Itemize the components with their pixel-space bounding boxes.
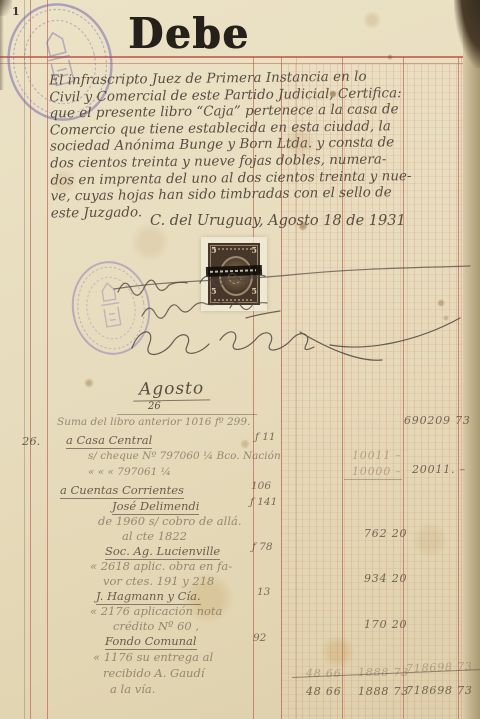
- signature-icon: [132, 318, 460, 360]
- row-amount: 762 20: [364, 527, 407, 540]
- heading-rule: [117, 414, 257, 415]
- signature-icon: [118, 274, 265, 296]
- row-text: Suma del libro anterior 1016 fº 299.: [57, 416, 250, 428]
- row-text: al cte 1822: [122, 529, 187, 543]
- row-text: « 2176 aplicación nota: [90, 604, 222, 618]
- signature-icon: [142, 302, 280, 318]
- row-text: a Casa Central: [66, 433, 152, 449]
- row-folio: 106: [251, 480, 271, 492]
- day-mark: 26: [148, 401, 161, 412]
- row-text: J. Hagmann y Cía.: [96, 589, 201, 605]
- row-folio: ƒ 78: [252, 541, 273, 553]
- row-text: « 2618 aplic. obra en fa-: [90, 559, 232, 573]
- row-day: 26.: [22, 434, 40, 448]
- row-amount: 934 20: [364, 572, 407, 585]
- row-amount: 20011. –: [412, 463, 466, 476]
- row-folio: ƒ 11: [255, 431, 276, 443]
- row-text: s/ cheque Nº 797060 ¼ Bco. Nación: [88, 450, 281, 462]
- row-folio: 13: [257, 586, 270, 598]
- row-folio: 92: [253, 632, 266, 644]
- signatures-layer: [0, 0, 480, 719]
- row-text: a la vía.: [110, 682, 155, 696]
- signature-strike-icon: [114, 266, 470, 289]
- row-amount: 10000 –: [352, 465, 402, 478]
- row-amount: 1888 73: [358, 685, 409, 698]
- row-amount: 690209 73: [404, 414, 471, 427]
- row-text: a Cuentas Corrientes: [60, 483, 184, 499]
- row-text: vor ctes. 191 y 218: [103, 574, 214, 588]
- row-amount: 48 66: [306, 685, 342, 698]
- row-text: Fondo Comunal: [105, 634, 197, 650]
- row-text: « « « 797061 ¼: [88, 466, 171, 478]
- row-amount: 48 66: [306, 667, 342, 680]
- row-text: de 1960 s/ cobro de allá.: [98, 514, 242, 528]
- ledger-page: 1 Debe El infrascripto Juez de Primera I…: [0, 0, 480, 719]
- sum-rule: [344, 479, 402, 480]
- row-text: crédito Nº 60 ,: [113, 619, 199, 633]
- row-amount: 170 20: [364, 618, 407, 631]
- row-folio: ƒ 141: [250, 496, 277, 508]
- row-amount: 10011 –: [352, 449, 402, 462]
- row-text: José Delimendi: [112, 499, 199, 515]
- row-text: recibido A. Gaudí: [103, 666, 205, 680]
- month-heading: Agosto: [133, 378, 211, 401]
- row-text: « 1176 su entrega al: [93, 650, 213, 664]
- row-text: Soc. Ag. Lucienville: [105, 544, 220, 560]
- row-amount: 718698 73: [406, 684, 473, 697]
